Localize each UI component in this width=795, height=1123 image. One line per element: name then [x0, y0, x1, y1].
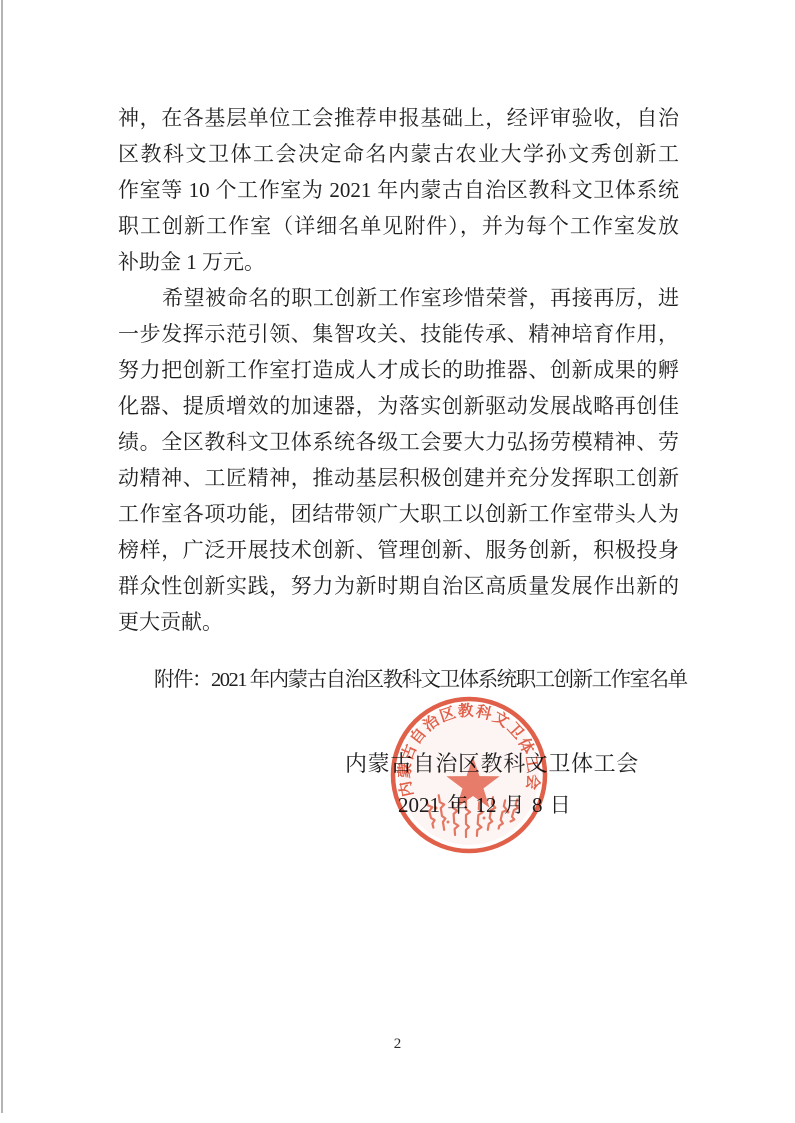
body-text: 神，在各基层单位工会推荐申报基础上，经评审验收，自治区教科文卫体工会决定命名内蒙…: [118, 100, 679, 640]
document-page: 神，在各基层单位工会推荐申报基础上，经评审验收，自治区教科文卫体工会决定命名内蒙…: [0, 0, 795, 1123]
body-line: 更大贡献。: [118, 604, 679, 640]
attachment-line: 附件：2021 年内蒙古自治区教科文卫体系统职工创新工作室名单: [154, 662, 687, 692]
body-line: 绩。全区教科文卫体系统各级工会要大力弘扬劳模精神、劳: [118, 424, 679, 460]
body-line: 工作室各项功能，团结带领广大职工以创新工作室带头人为: [118, 496, 679, 532]
body-line: 动精神、工匠精神，推动基层积极创建并充分发挥职工创新: [118, 460, 679, 496]
body-line: 作室等 10 个工作室为 2021 年内蒙古自治区教科文卫体系统: [118, 172, 679, 208]
body-line: 区教科文卫体工会决定命名内蒙古农业大学孙文秀创新工: [118, 136, 679, 172]
body-line: 职工创新工作室（详细名单见附件），并为每个工作室发放: [118, 208, 679, 244]
body-line: 榜样，广泛开展技术创新、管理创新、服务创新，积极投身: [118, 532, 679, 568]
body-line: 补助金 1 万元。: [118, 244, 679, 280]
body-line: 努力把创新工作室打造成人才成长的助推器、创新成果的孵: [118, 352, 679, 388]
official-seal-stamp: 内蒙古自治区教科文卫体工会: [384, 690, 554, 860]
body-line: 神，在各基层单位工会推荐申报基础上，经评审验收，自治: [118, 100, 679, 136]
body-line: 一步发挥示范引领、集智攻关、技能传承、精神培育作用，: [118, 316, 679, 352]
body-line: 希望被命名的职工创新工作室珍惜荣誉，再接再厉，进: [118, 280, 679, 316]
body-line: 化器、提质增效的加速器，为落实创新驱动发展战略再创佳: [118, 388, 679, 424]
page-number: 2: [0, 1036, 795, 1053]
scan-edge-line: [1, 0, 3, 1113]
body-line: 群众性创新实践，努力为新时期自治区高质量发展作出新的: [118, 568, 679, 604]
